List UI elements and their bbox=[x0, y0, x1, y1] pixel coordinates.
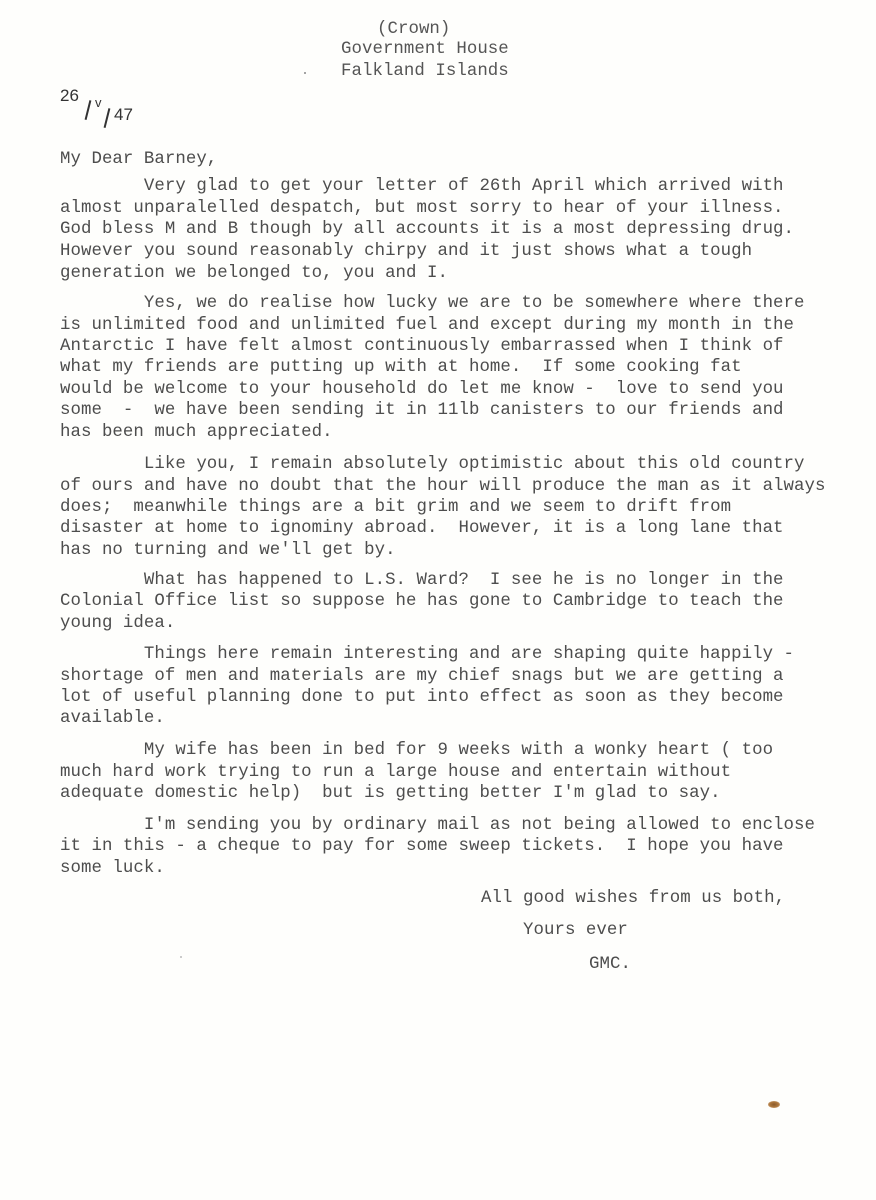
date-month: v bbox=[95, 95, 102, 110]
paragraph-line: What has happened to L.S. Ward? I see he… bbox=[60, 571, 784, 591]
paragraph-line: disaster at home to ignominy abroad. How… bbox=[60, 519, 784, 539]
sign-off: Yours ever bbox=[523, 921, 628, 941]
stray-mark bbox=[180, 956, 182, 958]
paragraph-line: Colonial Office list so suppose he has g… bbox=[60, 592, 784, 612]
paragraph-line: does; meanwhile things are a bit grim an… bbox=[60, 498, 731, 518]
paragraph-line: has no turning and we'll get by. bbox=[60, 541, 396, 561]
paragraph-line: lot of useful planning done to put into … bbox=[60, 688, 784, 708]
paragraph-line: adequate domestic help) but is getting b… bbox=[60, 784, 721, 804]
paragraph-line: Very glad to get your letter of 26th Apr… bbox=[60, 177, 784, 197]
paragraph-line: young idea. bbox=[60, 614, 175, 634]
paragraph-line: of ours and have no doubt that the hour … bbox=[60, 477, 825, 497]
paragraph-line: However you sound reasonably chirpy and … bbox=[60, 242, 752, 262]
letterhead-government-house: Government House bbox=[341, 40, 509, 60]
paragraph-line: My wife has been in bed for 9 weeks with… bbox=[60, 741, 773, 761]
date-slash bbox=[104, 108, 110, 128]
paragraph-line: almost unparalelled despatch, but most s… bbox=[60, 199, 784, 219]
date-day: 26 bbox=[60, 86, 79, 106]
date-slash bbox=[85, 100, 91, 120]
paragraph-line: some luck. bbox=[60, 859, 165, 879]
paragraph-line: would be welcome to your household do le… bbox=[60, 380, 784, 400]
paragraph-line: Like you, I remain absolutely optimistic… bbox=[60, 455, 805, 475]
paragraph-line: is unlimited food and unlimited fuel and… bbox=[60, 316, 794, 336]
paragraph-line: shortage of men and materials are my chi… bbox=[60, 667, 784, 687]
paragraph-line: available. bbox=[60, 709, 165, 729]
paragraph-line: much hard work trying to run a large hou… bbox=[60, 763, 731, 783]
paper-stain bbox=[768, 1101, 780, 1108]
paragraph-line: God bless M and B though by all accounts… bbox=[60, 220, 794, 240]
paragraph-line: Antarctic I have felt almost continuousl… bbox=[60, 337, 784, 357]
signature: GMC. bbox=[589, 955, 631, 975]
valediction: All good wishes from us both, bbox=[481, 889, 785, 909]
paragraph-line: I'm sending you by ordinary mail as not … bbox=[60, 816, 815, 836]
letterhead-falkland-islands: Falkland Islands bbox=[341, 62, 509, 82]
paragraph-line: generation we belonged to, you and I. bbox=[60, 264, 448, 284]
paragraph-line: what my friends are putting up with at h… bbox=[60, 358, 742, 378]
date-year: 47 bbox=[114, 105, 133, 125]
stray-mark bbox=[304, 72, 306, 74]
paragraph-line: it in this - a cheque to pay for some sw… bbox=[60, 837, 784, 857]
letterhead-crown: (Crown) bbox=[377, 20, 450, 40]
paragraph-line: Things here remain interesting and are s… bbox=[60, 645, 794, 665]
paragraph-line: has been much appreciated. bbox=[60, 423, 333, 443]
salutation: My Dear Barney, bbox=[60, 150, 217, 170]
paragraph-line: some - we have been sending it in 11lb c… bbox=[60, 401, 784, 421]
paragraph-line: Yes, we do realise how lucky we are to b… bbox=[60, 294, 805, 314]
letter-page: (Crown) Government House Falkland Island… bbox=[0, 0, 876, 1200]
